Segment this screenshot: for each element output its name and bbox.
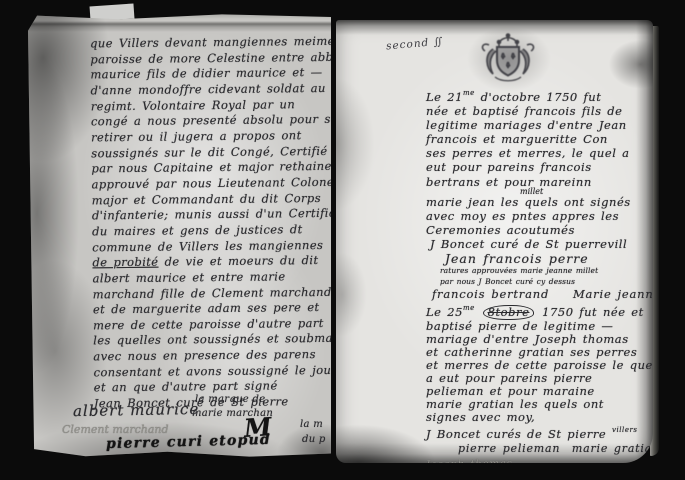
- manuscript-line: signes avec moy,: [426, 411, 653, 424]
- manuscript-line: du p: [302, 434, 326, 445]
- manuscript-line-part: Le 25: [426, 305, 463, 319]
- manuscript-line-part: J Boncet curés de St pierre: [426, 427, 612, 441]
- right-page: second ∬: [336, 20, 653, 463]
- manuscript-line: la marque de: [195, 394, 265, 405]
- manuscript-line-part: d'octobre 1750 fut: [475, 90, 602, 104]
- manuscript-line: J Boncet curés de St pierre villers: [426, 424, 653, 441]
- manuscript-line-part: [475, 305, 481, 319]
- manuscript-line: Ceremonies acoutumés: [426, 223, 653, 237]
- manuscript-line: eut pour pareins francois: [426, 160, 653, 174]
- manuscript-line: M: [243, 412, 273, 443]
- scanned-register-photo: que Villers devant mangiennes meimeparoi…: [0, 0, 685, 480]
- manuscript-line: legitime mariages d'entre Jean: [426, 118, 653, 132]
- manuscript-line: albert maurice: [73, 400, 200, 420]
- royal-armorial-stamp-icon: [475, 31, 541, 87]
- manuscript-line: avec moy es pntes appres les: [426, 209, 653, 223]
- manuscript-line: ratures approuvées marie jeanne millet: [440, 266, 653, 277]
- left-page-signatures: albert mauricela marque demarie marchanC…: [28, 13, 331, 458]
- archival-annotation: second ∬: [386, 36, 444, 53]
- manuscript-line: Jean francois perre: [445, 251, 653, 266]
- manuscript-line: francois bertrand Marie jeannemillet: [432, 287, 653, 302]
- manuscript-line-part: Le 21: [426, 90, 463, 104]
- right-page-text: Le 21me d'octobre 1750 futnée et baptisé…: [426, 86, 653, 463]
- manuscript-line: marie jean les quels ont signés: [426, 195, 653, 209]
- manuscript-line: la m: [300, 419, 323, 430]
- manuscript-line-part: me: [463, 304, 475, 312]
- manuscript-line: par nous J Boncet curé cy dessus: [440, 277, 653, 288]
- manuscript-line-part: 8tobre: [483, 305, 535, 320]
- manuscript-line-part: villers: [612, 426, 638, 434]
- manuscript-line: ses perres et merres, le quel a: [426, 146, 653, 160]
- manuscript-line: Le 21me d'octobre 1750 fut: [426, 86, 653, 104]
- manuscript-line: née et baptisé francois fils de: [426, 104, 653, 118]
- manuscript-line-part: 1750 fut née et: [536, 305, 643, 319]
- manuscript-line: J Boncet curé de St puerrevill: [430, 237, 653, 251]
- manuscript-line-part: me: [463, 89, 475, 97]
- left-page: que Villers devant mangiennes meimeparoi…: [28, 13, 331, 458]
- manuscript-line: francois et margueritte Con: [426, 132, 653, 146]
- manuscript-line: Le 25me 8tobre 1750 fut née et: [426, 302, 653, 320]
